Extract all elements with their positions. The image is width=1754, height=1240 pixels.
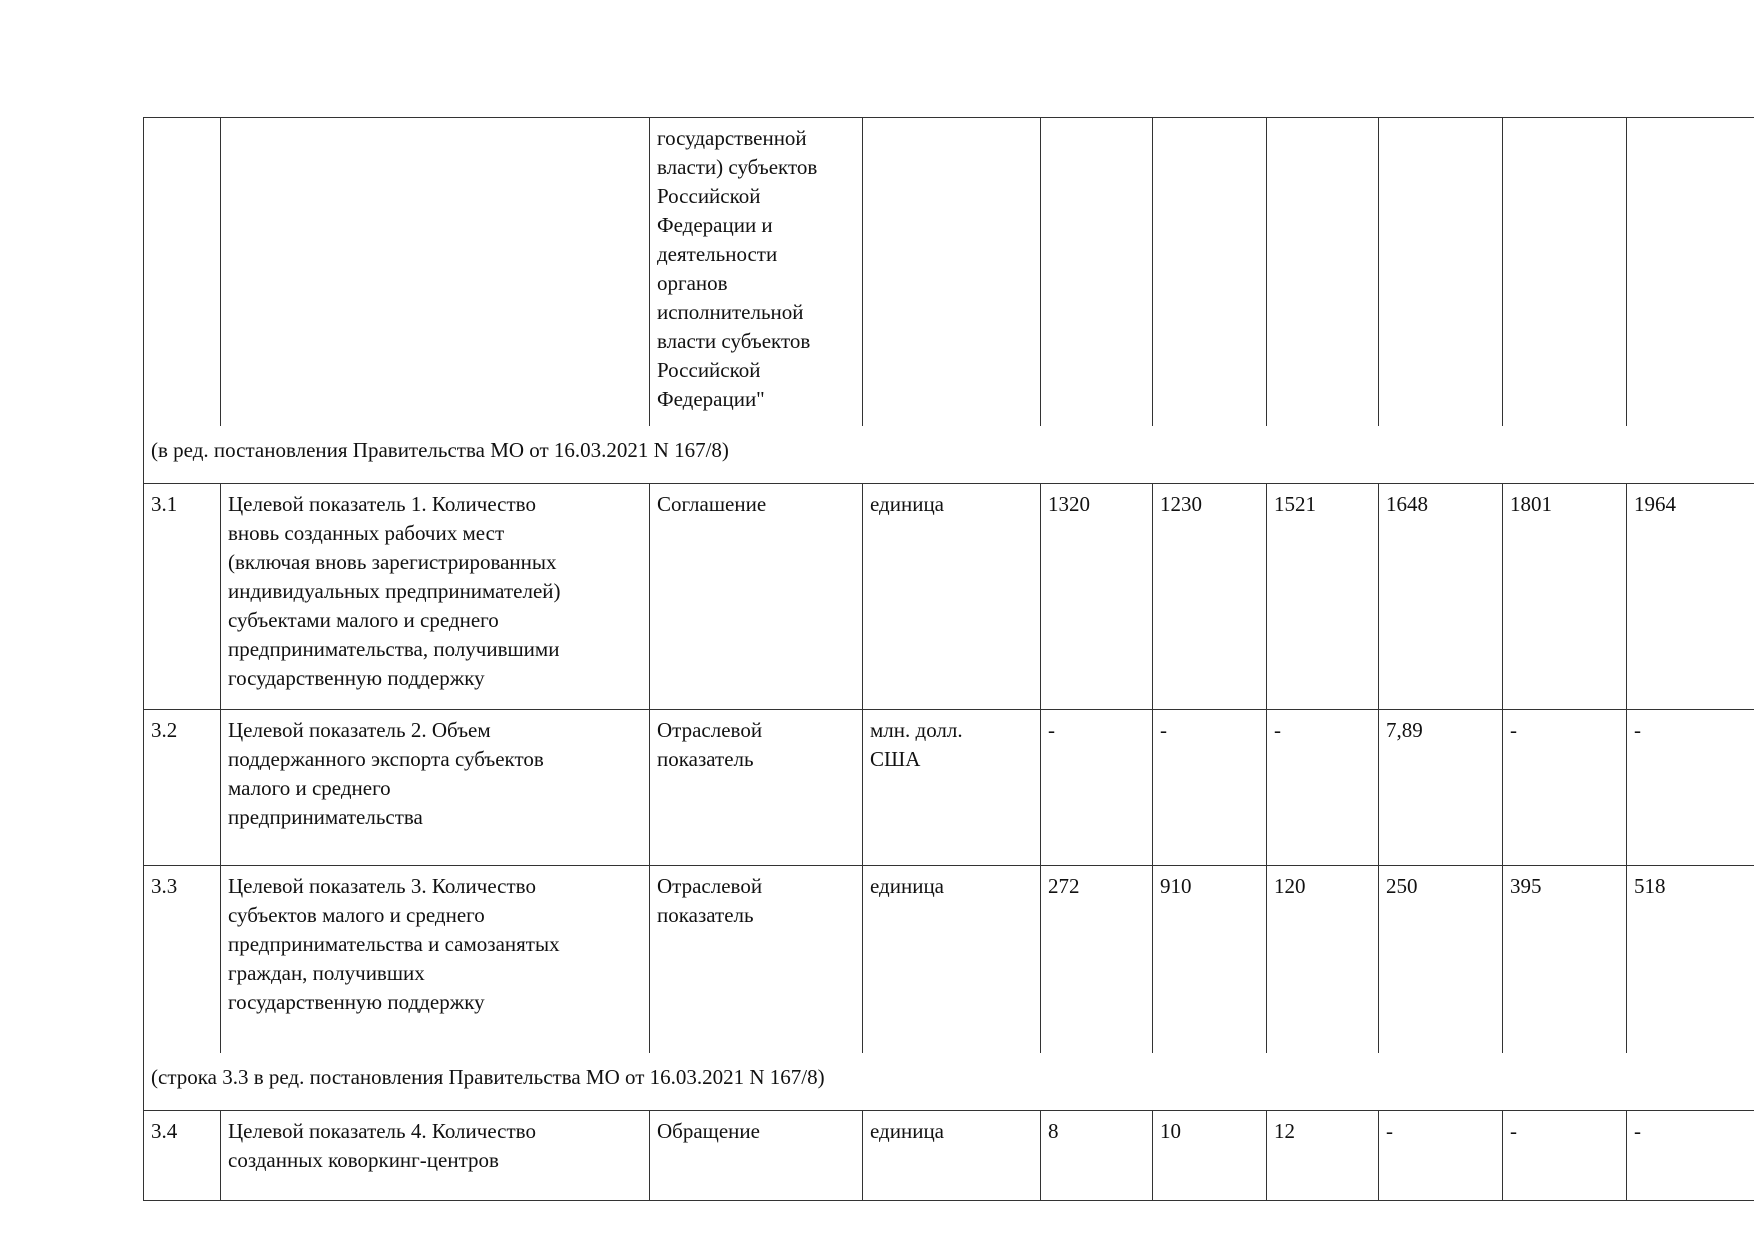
cell-number: 3.3 [144,866,221,1054]
cell-value: 1801 [1503,484,1627,710]
cell-value: 8 [1041,1111,1153,1201]
source-line: Российской [657,182,856,211]
name-line: субъектами малого и среднего [228,606,643,635]
cell-value: 120 [1267,866,1379,1054]
cell-value: 10 [1153,1111,1267,1201]
cell-value [1503,118,1627,427]
name-line: граждан, получивших [228,959,643,988]
cell-number: 3.1 [144,484,221,710]
cell-value: - [1627,1111,1754,1201]
amendment-note-row: (строка 3.3 в ред. постановления Правите… [144,1053,1754,1111]
amendment-note: (строка 3.3 в ред. постановления Правите… [144,1053,1754,1111]
cell-indicator-name: Целевой показатель 4. Количество созданн… [221,1111,650,1201]
name-line: вновь созданных рабочих мест [228,519,643,548]
unit-line: млн. долл. [870,716,1034,745]
cell-value: - [1503,710,1627,866]
name-line: индивидуальных предпринимателей) [228,577,643,606]
cell-value: 1964 [1627,484,1754,710]
cell-unit: единица [863,1111,1041,1201]
source-line: Обращение [657,1117,856,1146]
cell-indicator-name: Целевой показатель 1. Количество вновь с… [221,484,650,710]
cell-indicator-name: Целевой показатель 3. Количество субъект… [221,866,650,1054]
cell-value [1153,118,1267,427]
cell-value [1267,118,1379,427]
name-line: поддержанного экспорта субъектов [228,745,643,774]
source-line: Отраслевой [657,716,856,745]
source-line: Отраслевой [657,872,856,901]
name-line: предпринимательства [228,803,643,832]
cell-value [1041,118,1153,427]
unit-line: единица [870,1117,1034,1146]
table-row: 3.2 Целевой показатель 2. Объем поддержа… [144,710,1754,866]
table-row-continued: государственной власти) субъектов Россий… [144,118,1754,427]
cell-unit: единица [863,866,1041,1054]
name-line: государственную поддержку [228,664,643,693]
name-line: созданных коворкинг-центров [228,1146,643,1175]
cell-indicator-name [221,118,650,427]
cell-indicator-name: Целевой показатель 2. Объем поддержанног… [221,710,650,866]
cell-source: Соглашение [650,484,863,710]
name-line: (включая вновь зарегистрированных [228,548,643,577]
cell-value [1379,118,1503,427]
cell-value: 395 [1503,866,1627,1054]
unit-line: единица [870,872,1034,901]
amendment-note: (в ред. постановления Правительства МО о… [144,426,1754,484]
cell-source: Обращение [650,1111,863,1201]
source-line: показатель [657,745,856,774]
source-line: Российской [657,356,856,385]
source-line: власти субъектов [657,327,856,356]
source-line: деятельности [657,240,856,269]
cell-source: государственной власти) субъектов Россий… [650,118,863,427]
table-row: 3.3 Целевой показатель 3. Количество суб… [144,866,1754,1054]
unit-line: США [870,745,1034,774]
cell-number [144,118,221,427]
cell-value: - [1379,1111,1503,1201]
cell-unit: млн. долл. США [863,710,1041,866]
source-line: исполнительной [657,298,856,327]
cell-value: 12 [1267,1111,1379,1201]
table-row: 3.4 Целевой показатель 4. Количество соз… [144,1111,1754,1201]
cell-number: 3.2 [144,710,221,866]
cell-value: 7,89 [1379,710,1503,866]
cell-value [1627,118,1754,427]
name-line: предпринимательства и самозанятых [228,930,643,959]
source-line: Федерации" [657,385,856,414]
name-line: государственную поддержку [228,988,643,1017]
cell-source: Отраслевой показатель [650,710,863,866]
name-line: малого и среднего [228,774,643,803]
source-line: показатель [657,901,856,930]
cell-value: - [1503,1111,1627,1201]
cell-value: 518 [1627,866,1754,1054]
name-line: субъектов малого и среднего [228,901,643,930]
indicators-table: государственной власти) субъектов Россий… [143,117,1754,1201]
cell-value: 1230 [1153,484,1267,710]
name-line: Целевой показатель 3. Количество [228,872,643,901]
cell-value: 272 [1041,866,1153,1054]
source-line: государственной [657,124,856,153]
cell-unit: единица [863,484,1041,710]
name-line: предпринимательства, получившими [228,635,643,664]
cell-value: 1648 [1379,484,1503,710]
cell-value: - [1041,710,1153,866]
unit-line: единица [870,490,1034,519]
cell-unit [863,118,1041,427]
cell-number: 3.4 [144,1111,221,1201]
cell-source: Отраслевой показатель [650,866,863,1054]
name-line: Целевой показатель 1. Количество [228,490,643,519]
table-row: 3.1 Целевой показатель 1. Количество вно… [144,484,1754,710]
cell-value: 910 [1153,866,1267,1054]
cell-value: 250 [1379,866,1503,1054]
source-line: власти) субъектов [657,153,856,182]
source-line: Соглашение [657,490,856,519]
cell-value: 1521 [1267,484,1379,710]
source-line: органов [657,269,856,298]
name-line: Целевой показатель 4. Количество [228,1117,643,1146]
document-page: государственной власти) субъектов Россий… [0,0,1754,1240]
name-line: Целевой показатель 2. Объем [228,716,643,745]
amendment-note-row: (в ред. постановления Правительства МО о… [144,426,1754,484]
cell-value: - [1627,710,1754,866]
cell-value: - [1267,710,1379,866]
source-line: Федерации и [657,211,856,240]
cell-value: 1320 [1041,484,1153,710]
cell-value: - [1153,710,1267,866]
